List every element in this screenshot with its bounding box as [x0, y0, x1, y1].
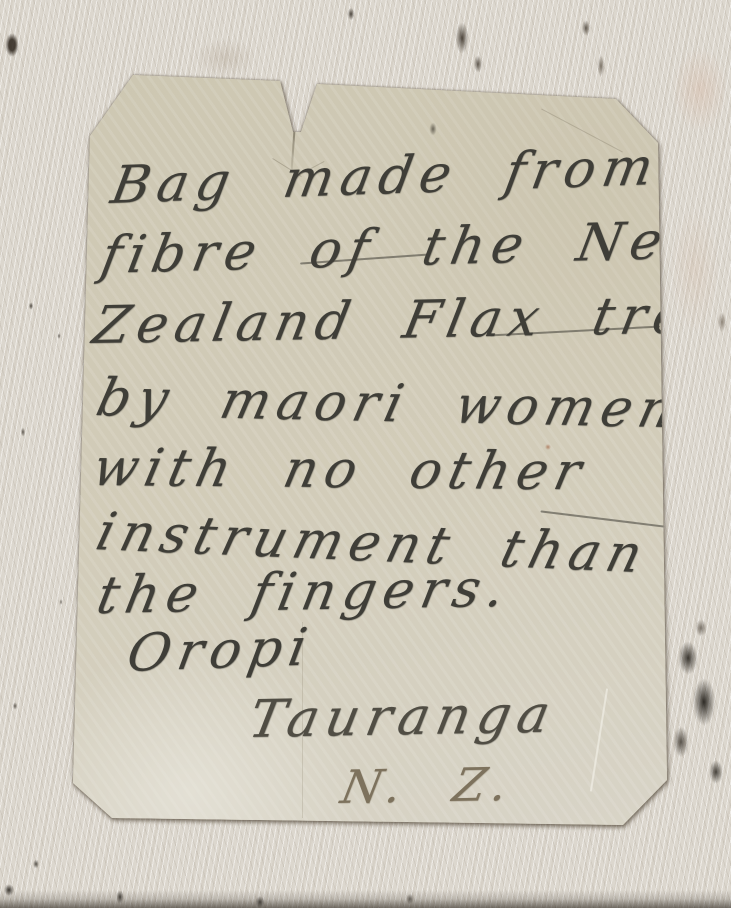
handwritten-line-region: Tauranga — [245, 689, 561, 746]
paper-crease — [590, 688, 608, 791]
handwritten-line-5: with no other — [88, 442, 592, 498]
paper-label: Bag made from fibre of the New Zealand F… — [70, 72, 670, 830]
handwritten-line-place: Oropi — [123, 622, 317, 680]
handwritten-line-7: the fingers. — [93, 563, 516, 622]
handwritten-line-3: Zealand Flax tree, — [89, 289, 731, 352]
handwritten-line-country: N. Z. — [338, 761, 519, 810]
paper-label-wrapper: Bag made from fibre of the New Zealand F… — [70, 72, 670, 830]
handwritten-line-1: Bag made from — [107, 141, 664, 212]
handwritten-line-4: by maori women, — [92, 372, 709, 437]
handwritten-line-2: fibre of the New — [97, 214, 725, 282]
bag-fibre-background: Bag made from fibre of the New Zealand F… — [0, 0, 731, 908]
